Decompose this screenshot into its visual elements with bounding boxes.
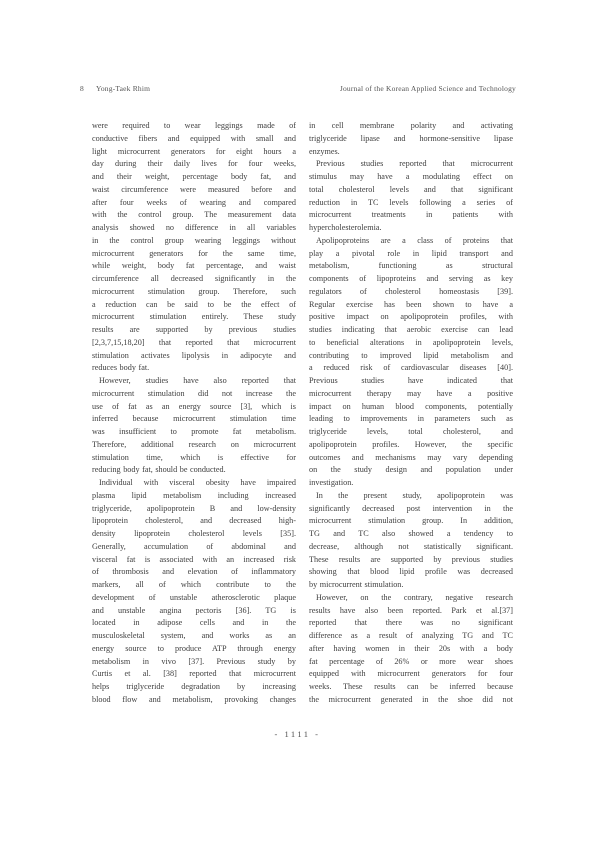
text-line: while weight, body fat percentage, and w… [92,260,296,273]
text-line: of thrombosis and elevation of inflammat… [92,566,296,579]
text-line: markers, all of which contribute to the [92,579,296,592]
text-line: equipped with microcurrent generators fo… [309,668,513,681]
text-line: microcurrent treatments in patients with [309,209,513,222]
page-header: 8 Yong-Taek Rhim Journal of the Korean A… [80,84,516,93]
text-line: fat percentage of 26% or more wear shoes [309,656,513,669]
header-left: 8 Yong-Taek Rhim [80,84,150,93]
header-author: Yong-Taek Rhim [96,84,150,93]
text-line: play a pivotal role in lipid transport a… [309,248,513,261]
text-line: Previous studies reported that microcurr… [309,158,513,171]
text-line: Individual with visceral obesity have im… [92,477,296,490]
text-line: energy source to produce ATP through ene… [92,643,296,656]
text-line: leading to improvements in parameters su… [309,413,513,426]
text-line: by microcurrent stimulation. [309,579,513,592]
text-line: the microcurrent generated in the shoe d… [309,694,513,707]
text-line: day during their daily lives for four we… [92,158,296,171]
text-line: In the present study, apolipoprotein was [309,490,513,503]
text-line: total cholesterol levels and that signif… [309,184,513,197]
text-line: [2,3,7,15,18,20] that reported that micr… [92,337,296,350]
text-line: regulators of cholesterol homeostasis [3… [309,286,513,299]
page: 8 Yong-Taek Rhim Journal of the Korean A… [0,0,595,841]
text-line: Apolipoproteins are a class of proteins … [309,235,513,248]
footer-page-number: - 1111 - [275,729,321,739]
text-line: stimulation time, which is effective for [92,452,296,465]
text-line: circumference all decreased significantl… [92,273,296,286]
text-line: microcurrent stimulation group. Therefor… [92,286,296,299]
text-line: in the control group wearing leggings wi… [92,235,296,248]
text-line: in cell membrane polarity and activating [309,120,513,133]
text-line: enzymes. [309,146,513,159]
text-line: microcurrent stimulation entirely. These… [92,311,296,324]
text-line: helps triglyceride degradation by increa… [92,681,296,694]
text-line: However, on the contrary, negative resea… [309,592,513,605]
text-line: contributing to improved lipid metabolis… [309,350,513,363]
text-line: and unstable angina pectoris [36]. TG is [92,605,296,618]
text-line: were required to wear leggings made of [92,120,296,133]
text-line: reduction in TC levels following a serie… [309,197,513,210]
text-line: was insufficient to promote fat metaboli… [92,426,296,439]
text-line: musculoskeletal system, and works as an [92,630,296,643]
text-line: plasma lipid metabolism including increa… [92,490,296,503]
text-line: microcurrent stimulation group. In addit… [309,515,513,528]
text-line: analysis showed no difference in all var… [92,222,296,235]
text-line: reducing body fat, should be conducted. [92,464,296,477]
text-line: to beneficial alterations in apolipoprot… [309,337,513,350]
text-line: difference as a result of analyzing TG a… [309,630,513,643]
text-line: microcurrent stimulation did not increas… [92,388,296,401]
page-footer: - 1111 - [0,729,595,739]
text-line: results are supported by previous studie… [92,324,296,337]
text-line: a reduction can be said to be the effect… [92,299,296,312]
text-line: studies indicating that aerobic exercise… [309,324,513,337]
text-line: a reduced risk of cardiovascular disease… [309,362,513,375]
text-line: However, studies have also reported that [92,375,296,388]
header-page-number: 8 [80,84,84,93]
text-line: reported that there was no significant [309,617,513,630]
text-line: Regular exercise has been shown to have … [309,299,513,312]
text-line: decrease, although not statistically sig… [309,541,513,554]
text-line: TG and TC also showed a tendency to [309,528,513,541]
text-line: These results are supported by previous … [309,554,513,567]
text-line: conductive fibers and equipped with smal… [92,133,296,146]
text-line: positive impact on apolipoprotein profil… [309,311,513,324]
text-line: after four weeks of wearing and compared [92,197,296,210]
text-line: Previous studies have indicated that [309,375,513,388]
text-line: components of lipoproteins and serving a… [309,273,513,286]
text-line: hypercholesterolemia. [309,222,513,235]
text-line: investigation. [309,477,513,490]
text-line: microcurrent therapy may have a positive [309,388,513,401]
text-line: Generally, accumulation of abdominal and [92,541,296,554]
text-line: visceral fat is associated with an incre… [92,554,296,567]
text-line: after having women in their 20s with a b… [309,643,513,656]
text-line: on the study design and population under [309,464,513,477]
text-line: Curtis et al. [38] reported that microcu… [92,668,296,681]
text-line: impact on human blood components, potent… [309,401,513,414]
text-line: showing that blood lipid profile was dec… [309,566,513,579]
column-right: in cell membrane polarity and activating… [309,120,513,707]
text-line: apolipoprotein profiles. However, the sp… [309,439,513,452]
text-line: and their weight, percentage body fat, a… [92,171,296,184]
text-line: inferred because microcurrent stimulatio… [92,413,296,426]
text-line: use of fat as an energy source [3], whic… [92,401,296,414]
text-line: outcomes and mechanisms may vary dependi… [309,452,513,465]
text-line: Therefore, additional research on microc… [92,439,296,452]
text-line: triglyceride lipase and hormone-sensitiv… [309,133,513,146]
text-line: results have also been reported. Park et… [309,605,513,618]
text-line: located in adipose cells and in the [92,617,296,630]
article-body: were required to wear leggings made ofco… [92,120,513,707]
text-line: triglyceride, apolipoprotein B and low-d… [92,503,296,516]
text-line: microcurrent generators for the same tim… [92,248,296,261]
text-line: metabolism in vivo [37]. Previous study … [92,656,296,669]
text-line: lipoprotein cholesterol, and decreased h… [92,515,296,528]
column-left: were required to wear leggings made ofco… [92,120,296,707]
text-line: density lipoprotein cholesterol levels [… [92,528,296,541]
text-line: stimulus may have a modulating effect on [309,171,513,184]
text-line: significantly decreased post interventio… [309,503,513,516]
text-line: triglyceride levels, total cholesterol, … [309,426,513,439]
text-line: development of unstable atherosclerotic … [92,592,296,605]
text-line: metabolism, functioning as structural [309,260,513,273]
text-line: blood flow and metabolism, provoking cha… [92,694,296,707]
text-line: waist circumference were measured before… [92,184,296,197]
header-journal-title: Journal of the Korean Applied Science an… [340,84,516,93]
text-line: light microcurrent generators for eight … [92,146,296,159]
text-line: weeks. These results can be inferred bec… [309,681,513,694]
text-line: reduces body fat. [92,362,296,375]
text-line: stimulation activates lipolysis in adipo… [92,350,296,363]
text-line: with the control group. The measurement … [92,209,296,222]
